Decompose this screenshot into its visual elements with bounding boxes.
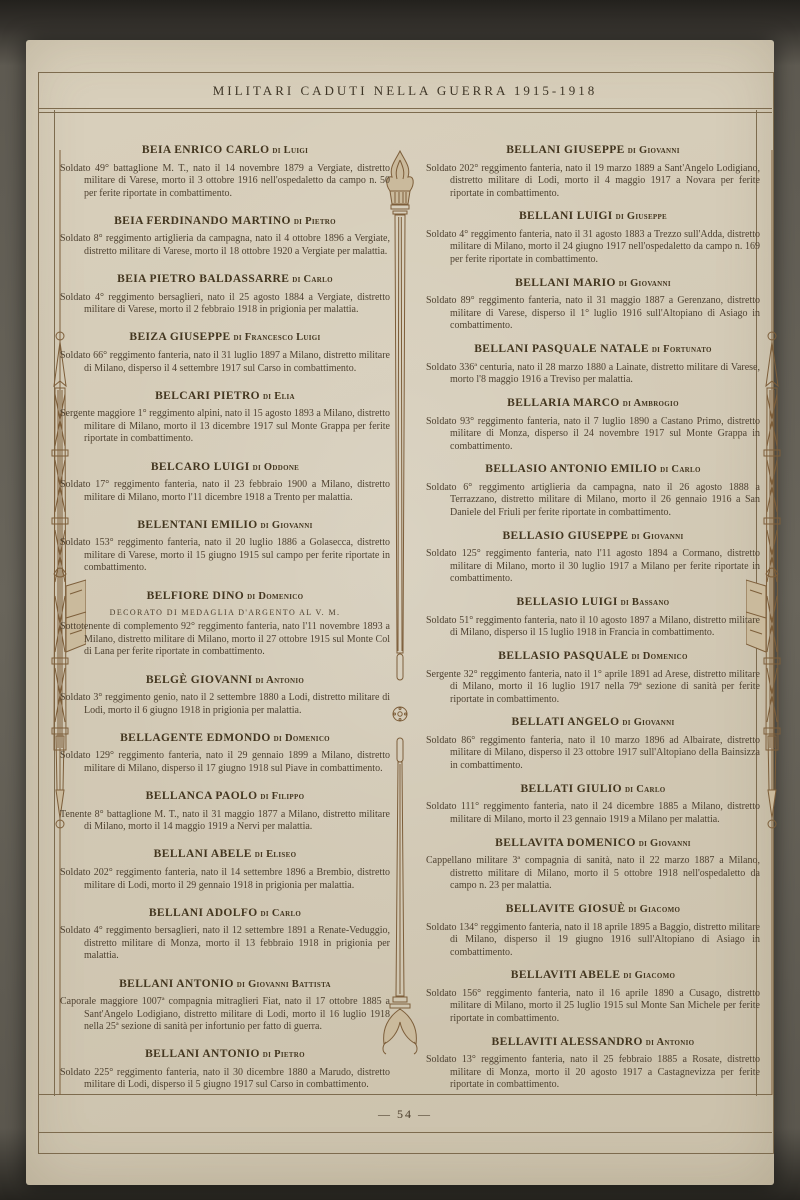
- soldier-father: di Domenico: [244, 591, 303, 602]
- soldier-name-heading: BELCARI PIETRO di Elia: [60, 386, 390, 404]
- entry-body: Sergente maggiore 1° reggimento alpini, …: [60, 408, 390, 446]
- column-right: BELLANI GIUSEPPE di GiovanniSoldato 202°…: [426, 140, 760, 1092]
- soldier-father: di Giacomo: [625, 904, 680, 915]
- soldier-father: di Giovanni: [628, 531, 683, 542]
- entry-body: Soldato 4° reggimento bersaglieri, nato …: [60, 925, 390, 963]
- soldier-name: BELCARI PIETRO: [155, 390, 260, 402]
- soldier-father: di Carlo: [289, 274, 333, 285]
- soldier-entry: BELLASIO LUIGI di BassanoSoldato 51° reg…: [426, 592, 760, 640]
- entry-body: Soldato 129° reggimento fanteria, nato i…: [60, 750, 390, 775]
- header-band: MILITARI CADUTI NELLA GUERRA 1915-1918: [38, 76, 772, 106]
- entry-body: Soldato 336ª centuria, nato il 28 marzo …: [426, 362, 760, 387]
- entry-body: Soldato 89° reggimento fanteria, nato il…: [426, 295, 760, 333]
- soldier-name-heading: BELLANI ANTONIO di Giovanni Battista: [60, 974, 390, 992]
- soldier-father: di Bassano: [618, 597, 670, 608]
- soldier-name-heading: BELLASIO LUIGI di Bassano: [426, 592, 760, 610]
- soldier-father: di Antonio: [253, 675, 305, 686]
- soldier-entry: BELLATI GIULIO di CarloSoldato 111° regg…: [426, 779, 760, 827]
- left-inner-rule: [54, 110, 55, 1096]
- soldier-name-heading: BELGÈ GIOVANNI di Antonio: [60, 670, 390, 688]
- soldier-entry: BEIA ENRICO CARLO di LuigiSoldato 49° ba…: [60, 140, 390, 200]
- soldier-father: di Giovanni Battista: [234, 979, 331, 990]
- entry-body: Soldato 156° reggimento fanteria, nato i…: [426, 988, 760, 1026]
- entry-body: Soldato 4° reggimento bersaglieri, nato …: [60, 292, 390, 317]
- soldier-father: di Carlo: [657, 464, 701, 475]
- soldier-name: BELLAVITE GIOSUÈ: [506, 903, 626, 915]
- soldier-name-heading: BELLANI PASQUALE NATALE di Fortunato: [426, 339, 760, 357]
- soldier-entry: BELLASIO ANTONIO EMILIO di CarloSoldato …: [426, 459, 760, 519]
- soldier-father: di Pietro: [260, 1049, 305, 1060]
- decoration-line: DECORATO DI MEDAGLIA D'ARGENTO AL V. M.: [60, 608, 390, 617]
- soldier-name-heading: BELLAGENTE EDMONDO di Domenico: [60, 728, 390, 746]
- soldier-entry: BELLANI ANTONIO di PietroSoldato 225° re…: [60, 1044, 390, 1092]
- soldier-name: BELLAVITA DOMENICO: [495, 837, 636, 849]
- soldier-entry: BELLAVITE GIOSUÈ di GiacomoSoldato 134° …: [426, 899, 760, 959]
- soldier-name: BELLASIO GIUSEPPE: [502, 530, 628, 542]
- soldier-name-heading: BELLATI ANGELO di Giovanni: [426, 712, 760, 730]
- soldier-name-heading: BELLAVITA DOMENICO di Giovanni: [426, 833, 760, 851]
- soldier-father: di Luigi: [269, 145, 308, 156]
- soldier-entry: BEIA PIETRO BALDASSARRE di CarloSoldato …: [60, 269, 390, 317]
- entry-body: Soldato 93° reggimento fanteria, nato il…: [426, 416, 760, 454]
- soldier-entry: BELLANI ABELE di EliseoSoldato 202° regg…: [60, 844, 390, 892]
- soldier-name: BELLASIO LUIGI: [517, 596, 618, 608]
- entry-body: Sottotenente di complemento 92° reggimen…: [60, 621, 390, 659]
- soldier-entry: BELLASIO PASQUALE di DomenicoSergente 32…: [426, 646, 760, 706]
- soldier-name-heading: BELLAVITI ALESSANDRO di Antonio: [426, 1032, 760, 1050]
- soldier-father: di Antonio: [643, 1037, 695, 1048]
- soldier-name-heading: BEIA FERDINANDO MARTINO di Pietro: [60, 211, 390, 229]
- entry-body: Soldato 13° reggimento fanteria, nato il…: [426, 1054, 760, 1092]
- soldier-name-heading: BEIA ENRICO CARLO di Luigi: [60, 140, 390, 158]
- soldier-name: BELLARIA MARCO: [507, 397, 620, 409]
- header-rule-top: [38, 108, 772, 109]
- soldier-father: di Fortunato: [649, 344, 712, 355]
- soldier-entry: BELCARI PIETRO di EliaSergente maggiore …: [60, 386, 390, 446]
- soldier-name: BELLANI ANTONIO: [145, 1048, 260, 1060]
- entry-body: Soldato 153° reggimento fanteria, nato i…: [60, 537, 390, 575]
- soldier-father: di Giovanni: [258, 520, 313, 531]
- soldier-entry: BELENTANI EMILIO di GiovanniSoldato 153°…: [60, 515, 390, 575]
- scanned-page: MILITARI CADUTI NELLA GUERRA 1915-1918: [26, 40, 774, 1185]
- soldier-entry: BELFIORE DINO di DomenicoDECORATO DI MED…: [60, 586, 390, 659]
- soldier-name-heading: BELLANI MARIO di Giovanni: [426, 273, 760, 291]
- soldier-father: di Carlo: [258, 908, 302, 919]
- soldier-father: di Pietro: [291, 216, 336, 227]
- soldier-name: BELGÈ GIOVANNI: [146, 674, 253, 686]
- soldier-entry: BELLATI ANGELO di GiovanniSoldato 86° re…: [426, 712, 760, 772]
- soldier-entry: BELLANI PASQUALE NATALE di FortunatoSold…: [426, 339, 760, 387]
- soldier-name-heading: BELLASIO GIUSEPPE di Giovanni: [426, 526, 760, 544]
- soldier-name-heading: BELENTANI EMILIO di Giovanni: [60, 515, 390, 533]
- soldier-name: BEIZA GIUSEPPE: [129, 331, 230, 343]
- soldier-father: di Francesco Luigi: [231, 332, 321, 343]
- footer-band: — 54 —: [38, 1098, 772, 1130]
- soldier-entry: BELLAVITI ABELE di GiacomoSoldato 156° r…: [426, 965, 760, 1025]
- soldier-father: di Giacomo: [620, 970, 675, 981]
- soldier-name-heading: BELLASIO PASQUALE di Domenico: [426, 646, 760, 664]
- soldier-entry: BELLANI ANTONIO di Giovanni BattistaCapo…: [60, 974, 390, 1034]
- soldier-father: di Domenico: [271, 733, 330, 744]
- soldier-name: BELLAVITI ALESSANDRO: [492, 1036, 643, 1048]
- soldier-father: di Eliseo: [252, 849, 296, 860]
- entry-body: Sergente 32° reggimento fanteria, nato i…: [426, 669, 760, 707]
- entry-body: Soldato 4° reggimento fanteria, nato il …: [426, 229, 760, 267]
- soldier-name: BEIA PIETRO BALDASSARRE: [117, 273, 289, 285]
- soldier-name-heading: BELLANI ADOLFO di Carlo: [60, 903, 390, 921]
- entry-body: Soldato 111° reggimento fanteria, nato i…: [426, 801, 760, 826]
- entry-body: Soldato 17° reggimento fanteria, nato il…: [60, 479, 390, 504]
- soldier-entry: BELLASIO GIUSEPPE di GiovanniSoldato 125…: [426, 526, 760, 586]
- soldier-entry: BELLAGENTE EDMONDO di DomenicoSoldato 12…: [60, 728, 390, 776]
- soldier-entry: BELCARO LUIGI di OddoneSoldato 17° reggi…: [60, 457, 390, 505]
- soldier-name-heading: BELLANI ANTONIO di Pietro: [60, 1044, 390, 1062]
- soldier-entry: BEIA FERDINANDO MARTINO di PietroSoldato…: [60, 211, 390, 259]
- soldier-name: BEIA FERDINANDO MARTINO: [114, 215, 291, 227]
- soldier-entry: BELLANI ADOLFO di CarloSoldato 4° reggim…: [60, 903, 390, 963]
- entry-body: Soldato 3° reggimento genio, nato il 2 s…: [60, 692, 390, 717]
- soldier-name-heading: BELLAVITE GIOSUÈ di Giacomo: [426, 899, 760, 917]
- soldier-name-heading: BEIA PIETRO BALDASSARRE di Carlo: [60, 269, 390, 287]
- soldier-name: BELLATI ANGELO: [512, 716, 620, 728]
- soldier-name-heading: BELLATI GIULIO di Carlo: [426, 779, 760, 797]
- soldier-name: BELLANI ADOLFO: [149, 907, 258, 919]
- soldier-father: di Elia: [260, 391, 295, 402]
- page-title: MILITARI CADUTI NELLA GUERRA 1915-1918: [213, 83, 598, 99]
- soldier-name-heading: BELLANI ABELE di Eliseo: [60, 844, 390, 862]
- soldier-name: BELLANCA PAOLO: [146, 790, 258, 802]
- soldier-name: BELLASIO PASQUALE: [498, 650, 628, 662]
- soldier-name: BEIA ENRICO CARLO: [142, 144, 270, 156]
- soldier-entry: BELLAVITA DOMENICO di GiovanniCappellano…: [426, 833, 760, 893]
- soldier-name: BELLAGENTE EDMONDO: [120, 732, 271, 744]
- soldier-entry: BELLANI LUIGI di GiuseppeSoldato 4° regg…: [426, 206, 760, 266]
- soldier-name-heading: BELLASIO ANTONIO EMILIO di Carlo: [426, 459, 760, 477]
- soldier-name-heading: BELLANI LUIGI di Giuseppe: [426, 206, 760, 224]
- entry-body: Soldato 49° battaglione M. T., nato il 1…: [60, 163, 390, 201]
- soldier-name: BELENTANI EMILIO: [137, 519, 257, 531]
- soldier-name-heading: BELLARIA MARCO di Ambrogio: [426, 393, 760, 411]
- soldier-name: BELLANI GIUSEPPE: [506, 144, 625, 156]
- soldier-entry: BELLANCA PAOLO di FilippoTenente 8° batt…: [60, 786, 390, 834]
- soldier-name-heading: BELCARO LUIGI di Oddone: [60, 457, 390, 475]
- soldier-entry: BELLARIA MARCO di AmbrogioSoldato 93° re…: [426, 393, 760, 453]
- soldier-name: BELCARO LUIGI: [151, 461, 250, 473]
- soldier-father: di Giovanni: [625, 145, 680, 156]
- soldier-name-heading: BEIZA GIUSEPPE di Francesco Luigi: [60, 327, 390, 345]
- entry-body: Soldato 134° reggimento fanteria, nato i…: [426, 922, 760, 960]
- page-number: — 54 —: [378, 1107, 432, 1122]
- footer-rule-top: [38, 1094, 772, 1095]
- soldier-name: BELLANI MARIO: [515, 277, 616, 289]
- soldier-father: di Filippo: [257, 791, 304, 802]
- soldier-father: di Ambrogio: [620, 398, 679, 409]
- soldier-father: di Giuseppe: [613, 211, 667, 222]
- entry-body: Caporale maggiore 1007ª compagnia mitrag…: [60, 996, 390, 1034]
- soldier-name: BELLANI ANTONIO: [119, 978, 234, 990]
- soldier-name: BELLANI LUIGI: [519, 210, 613, 222]
- soldier-entry: BELLAVITI ALESSANDRO di AntonioSoldato 1…: [426, 1032, 760, 1092]
- soldier-father: di Carlo: [622, 784, 666, 795]
- entry-body: Soldato 86° reggimento fanteria, nato il…: [426, 735, 760, 773]
- soldier-name-heading: BELFIORE DINO di Domenico: [60, 586, 390, 604]
- soldier-father: di Giovanni: [619, 717, 674, 728]
- entry-body: Soldato 202° reggimento fanteria, nato i…: [426, 163, 760, 201]
- soldier-name-heading: BELLAVITI ABELE di Giacomo: [426, 965, 760, 983]
- entry-body: Cappellano militare 3ª compagnia di sani…: [426, 855, 760, 893]
- soldier-entry: BELLANI MARIO di GiovanniSoldato 89° reg…: [426, 273, 760, 333]
- footer-rule-bottom: [38, 1132, 772, 1133]
- soldier-entry: BELLANI GIUSEPPE di GiovanniSoldato 202°…: [426, 140, 760, 200]
- entry-body: Soldato 6° reggimento artiglieria da cam…: [426, 482, 760, 520]
- entry-body: Soldato 225° reggimento fanteria, nato i…: [60, 1067, 390, 1092]
- soldier-name-heading: BELLANCA PAOLO di Filippo: [60, 786, 390, 804]
- soldier-name: BELLASIO ANTONIO EMILIO: [485, 463, 657, 475]
- soldier-father: di Domenico: [629, 651, 688, 662]
- entry-body: Soldato 202° reggimento fanteria, nato i…: [60, 867, 390, 892]
- soldier-name: BELLANI ABELE: [154, 848, 252, 860]
- soldier-father: di Giovanni: [636, 838, 691, 849]
- entry-body: Tenente 8° battaglione M. T., nato il 31…: [60, 809, 390, 834]
- entry-body: Soldato 125° reggimento fanteria, nato l…: [426, 548, 760, 586]
- soldier-name: BELLAVITI ABELE: [511, 969, 621, 981]
- soldier-name-heading: BELLANI GIUSEPPE di Giovanni: [426, 140, 760, 158]
- soldier-name: BELFIORE DINO: [147, 590, 245, 602]
- entry-body: Soldato 51° reggimento fanteria, nato il…: [426, 615, 760, 640]
- soldier-father: di Oddone: [250, 462, 299, 473]
- soldier-father: di Giovanni: [616, 278, 671, 289]
- entry-body: Soldato 8° reggimento artiglieria da cam…: [60, 233, 390, 258]
- soldier-entry: BELGÈ GIOVANNI di AntonioSoldato 3° regg…: [60, 670, 390, 718]
- soldier-name: BELLANI PASQUALE NATALE: [474, 343, 649, 355]
- column-left: BEIA ENRICO CARLO di LuigiSoldato 49° ba…: [60, 140, 390, 1092]
- soldier-entry: BEIZA GIUSEPPE di Francesco LuigiSoldato…: [60, 327, 390, 375]
- header-rule-bottom: [38, 112, 772, 113]
- entry-body: Soldato 66° reggimento fanteria, nato il…: [60, 350, 390, 375]
- soldier-name: BELLATI GIULIO: [520, 783, 622, 795]
